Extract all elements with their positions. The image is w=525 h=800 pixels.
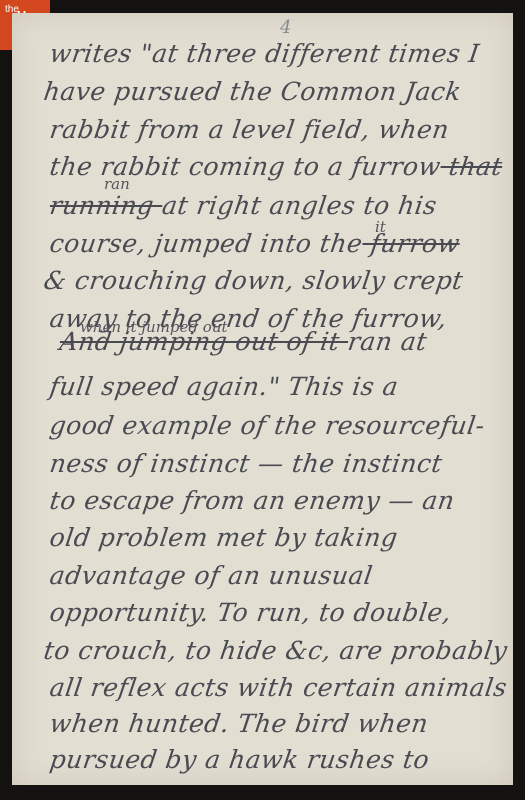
manuscript-line: advantage of an unusual	[48, 561, 375, 590]
manuscript-line: opportunity. To run, to double,	[48, 598, 453, 627]
line-text: course, jumped into the	[48, 229, 365, 258]
manuscript-line: all reflex acts with certain animals	[48, 673, 509, 702]
interlinear-insertion: when it jumped out	[80, 318, 228, 336]
interlinear-insertion: it	[375, 218, 386, 236]
line-text: ness of instinct — the instinct	[48, 449, 444, 478]
manuscript-line: old problem met by taking	[48, 523, 400, 552]
manuscript-page: 4 writes "at three different times Ihave…	[12, 13, 513, 785]
line-text: full speed again." This is a	[48, 372, 400, 401]
line-text: when hunted. The bird when	[48, 709, 430, 738]
manuscript-line: rabbit from a level field, when	[48, 115, 451, 144]
manuscript-line: good example of the resourceful-	[48, 411, 487, 440]
line-text: at right angles to his	[160, 191, 439, 220]
struck-text: that	[439, 152, 505, 181]
line-text: old problem met by taking	[48, 523, 400, 552]
manuscript-line: ness of instinct — the instinct	[48, 449, 444, 478]
line-text: advantage of an unusual	[48, 561, 375, 590]
interlinear-insertion: ran	[104, 175, 130, 193]
line-text: to crouch, to hide &c, are probably	[42, 636, 509, 665]
line-text: rabbit from a level field, when	[48, 115, 451, 144]
line-text: writes "at three different times I	[48, 39, 481, 68]
manuscript-line: to crouch, to hide &c, are probably	[42, 636, 509, 665]
line-text: & crouching down, slowly crept	[42, 266, 465, 295]
line-text: opportunity. To run, to double,	[48, 598, 453, 627]
line-text: ran at	[346, 327, 429, 356]
manuscript-line: running at right angles to his	[48, 191, 439, 220]
line-text: all reflex acts with certain animals	[48, 673, 509, 702]
line-text: pursued by a hawk rushes to	[48, 745, 431, 774]
line-text: good example of the resourceful-	[48, 411, 487, 440]
manuscript-line: when hunted. The bird when	[48, 709, 430, 738]
line-text: to escape from an enemy — an	[48, 486, 457, 515]
manuscript-line: to escape from an enemy — an	[48, 486, 457, 515]
page-number: 4	[280, 17, 291, 38]
manuscript-line: have pursued the Common Jack	[42, 77, 463, 106]
manuscript-line: & crouching down, slowly crept	[42, 266, 465, 295]
manuscript-line: full speed again." This is a	[48, 372, 400, 401]
line-text: have pursued the Common Jack	[42, 77, 463, 106]
manuscript-line: writes "at three different times I	[48, 39, 481, 68]
manuscript-line: pursued by a hawk rushes to	[48, 745, 431, 774]
struck-text: running	[48, 191, 164, 220]
manuscript-line: course, jumped into the furrow	[48, 229, 462, 258]
